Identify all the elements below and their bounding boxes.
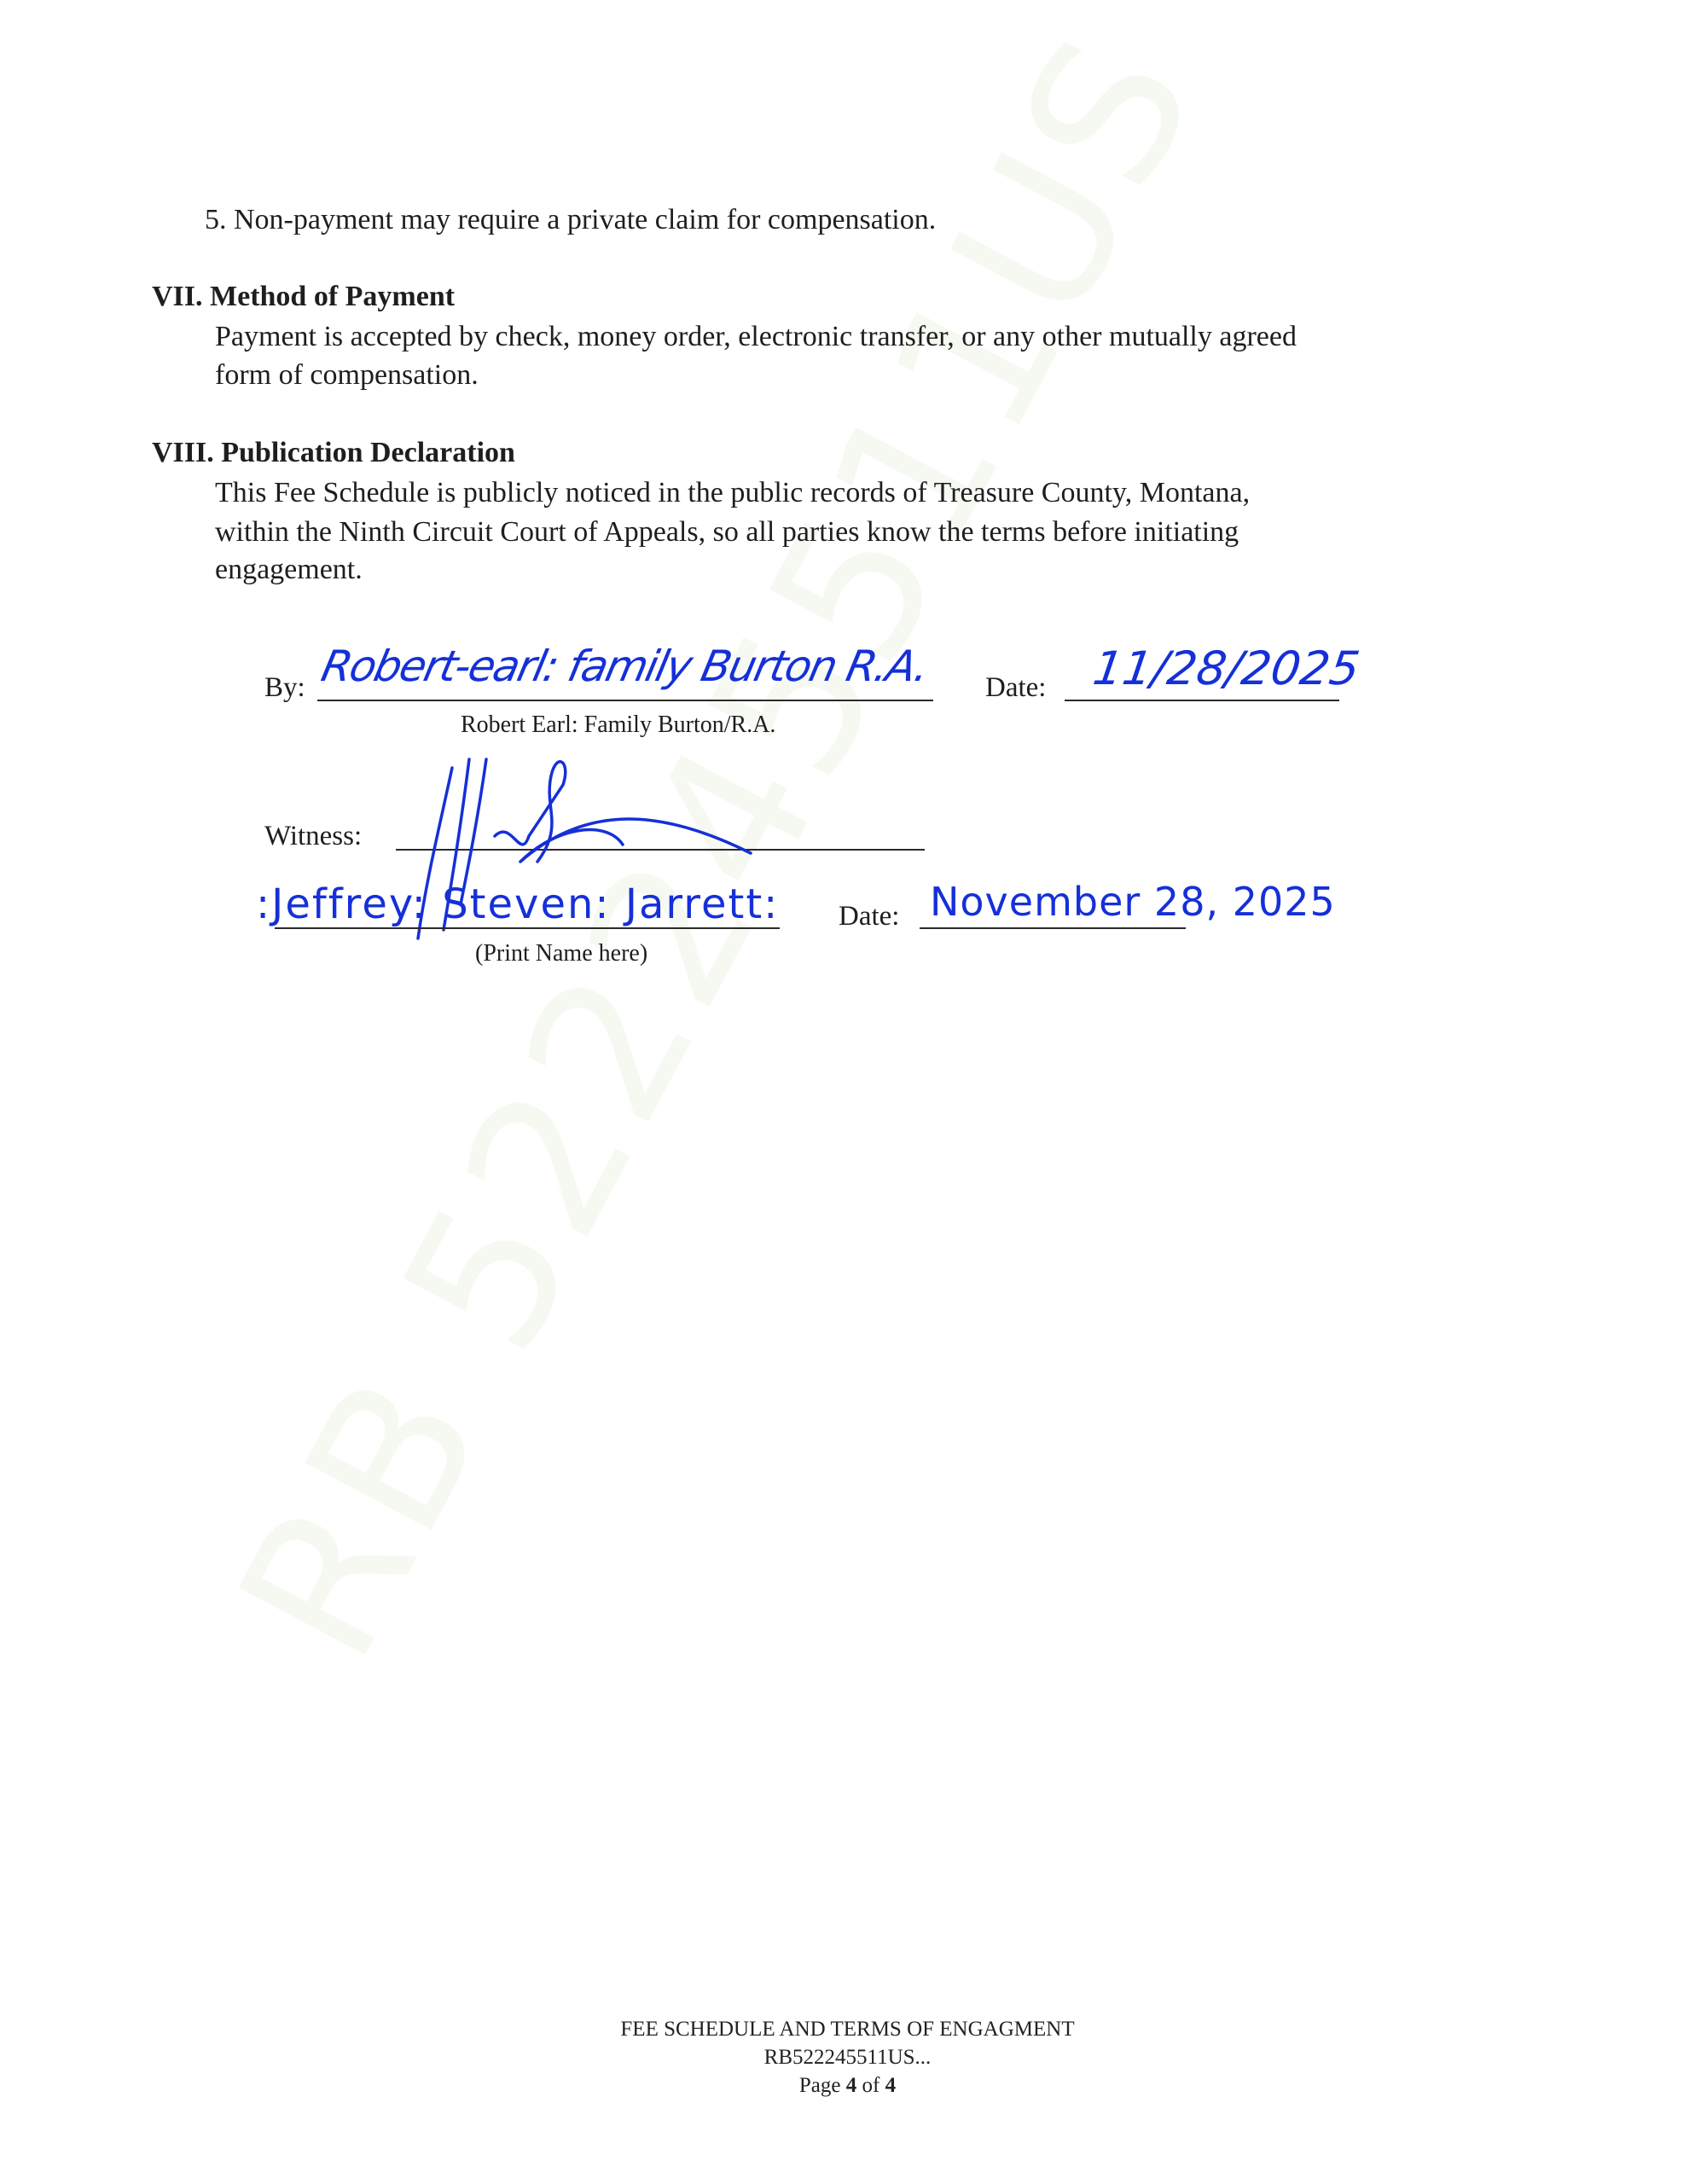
footer-reference: RB522245511US... <box>0 2043 1695 2071</box>
document-page: RB 522245511US 5. Non-payment may requir… <box>0 0 1695 2184</box>
section-body-line: engagement. <box>215 553 363 587</box>
witness-label: Witness: <box>264 819 362 853</box>
witness-date: November 28, 2025 <box>930 879 1336 925</box>
list-item-5: 5. Non-payment may require a private cla… <box>205 203 936 237</box>
section-heading-method-of-payment: VII. Method of Payment <box>152 280 455 314</box>
by-date-line <box>1065 700 1339 701</box>
page-number: Page 4 of 4 <box>0 2071 1695 2100</box>
section-body-line: form of compensation. <box>215 358 479 392</box>
page-of: of <box>862 2074 880 2097</box>
by-date-label: Date: <box>985 671 1046 705</box>
by-signature: Robert-earl: family Burton R.A. <box>317 642 932 691</box>
footer-title: FEE SCHEDULE AND TERMS OF ENGAGMENT <box>0 2015 1695 2043</box>
page-current: 4 <box>846 2074 857 2097</box>
witness-date-line <box>920 927 1186 929</box>
page-prefix: Page <box>799 2074 841 2097</box>
section-body-line: within the Ninth Circuit Court of Appeal… <box>215 515 1239 549</box>
print-name-caption: (Print Name here) <box>475 937 647 971</box>
section-heading-publication-declaration: VIII. Publication Declaration <box>152 436 515 470</box>
by-date: 11/28/2025 <box>1090 642 1363 695</box>
witness-date-label: Date: <box>839 899 899 933</box>
page-total: 4 <box>885 2074 897 2097</box>
by-label: By: <box>264 671 305 705</box>
section-body-line: This Fee Schedule is publicly noticed in… <box>215 476 1250 510</box>
witness-printed-name: :Jeffrey: Steven: Jarrett: <box>256 880 779 928</box>
by-signature-line <box>317 700 933 701</box>
section-body-line: Payment is accepted by check, money orde… <box>215 320 1297 354</box>
